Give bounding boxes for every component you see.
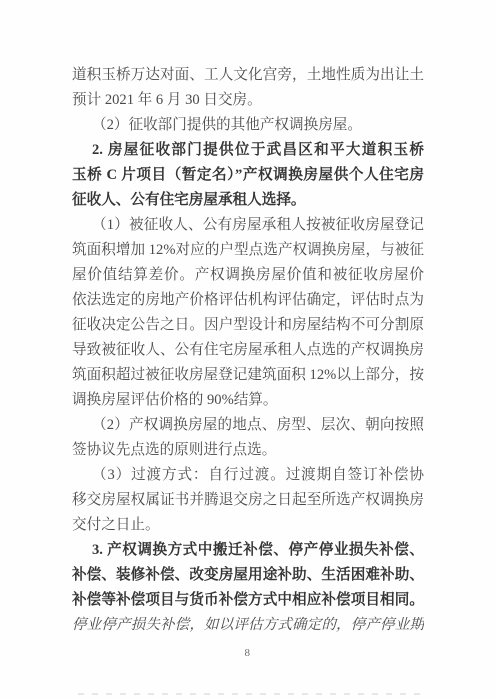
text-line: 筑面积增加 12%对应的户型点选产权调换房屋，与被征收房 bbox=[72, 238, 424, 263]
text-line: 征收决定公告之日。因户型设计和房屋结构不可分割原因， bbox=[72, 313, 424, 338]
text-line: 征收人、公有住宅房屋承租人选择。 bbox=[72, 188, 424, 213]
document-text-block: 道积玉桥万达对面、工人文化宫旁，土地性质为出让土地，预计 2021 年 6 月 … bbox=[72, 63, 424, 638]
text-line: 玉桥 C 片项目（暂定名）”产权调换房屋供个人住宅房屋被 bbox=[72, 163, 424, 188]
text-line: （3）过渡方式：自行过渡。过渡期自签订补偿协议、 bbox=[72, 463, 424, 488]
text-line: 导致被征收人、公有住宅房屋承租人点选的产权调换房屋建 bbox=[72, 338, 424, 363]
text-line: 屋价值结算差价。产权调换房屋价值和被征收房屋价值，由 bbox=[72, 263, 424, 288]
text-line: （1）被征收人、公有房屋承租人按被征收房屋登记建 bbox=[72, 213, 424, 238]
text-line: 补偿等补偿项目与货币补偿方式中相应补偿项目相同。其中： bbox=[72, 588, 424, 613]
text-line: 2. 房屋征收部门提供位于武昌区和平大道积玉桥的“积 bbox=[72, 138, 424, 163]
text-line: 交付之日止。 bbox=[72, 513, 424, 538]
text-line: 依法选定的房地产价格评估机构评估确定，评估时点为房屋 bbox=[72, 288, 424, 313]
text-line: 调换房屋评估价格的 90%结算。 bbox=[72, 388, 424, 413]
text-line: 预计 2021 年 6 月 30 日交房。 bbox=[72, 88, 424, 113]
text-line: 停业停产损失补偿，如以评估方式确定的，停产停业期限按 bbox=[72, 613, 424, 638]
scan-artifact-line bbox=[78, 693, 428, 695]
text-line: 筑面积超过被征收房屋登记建筑面积 12%以上部分，按产权 bbox=[72, 363, 424, 388]
text-line: （2）产权调换房屋的地点、房型、层次、朝向按照先 bbox=[72, 413, 424, 438]
document-page: 道积玉桥万达对面、工人文化宫旁，土地性质为出让土地，预计 2021 年 6 月 … bbox=[0, 0, 495, 699]
page-number: 8 bbox=[0, 647, 495, 659]
text-line: 道积玉桥万达对面、工人文化宫旁，土地性质为出让土地， bbox=[72, 63, 424, 88]
text-line: 补偿、装修补偿、改变房屋用途补助、生活困难补助、其他 bbox=[72, 563, 424, 588]
text-line: 移交房屋权属证书并腾退交房之日起至所选产权调换房屋 bbox=[72, 488, 424, 513]
text-line: 3. 产权调换方式中搬迁补偿、停产停业损失补偿、保底 bbox=[72, 538, 424, 563]
text-line: （2）征收部门提供的其他产权调换房屋。 bbox=[72, 113, 424, 138]
text-line: 签协议先点选的原则进行点选。 bbox=[72, 438, 424, 463]
